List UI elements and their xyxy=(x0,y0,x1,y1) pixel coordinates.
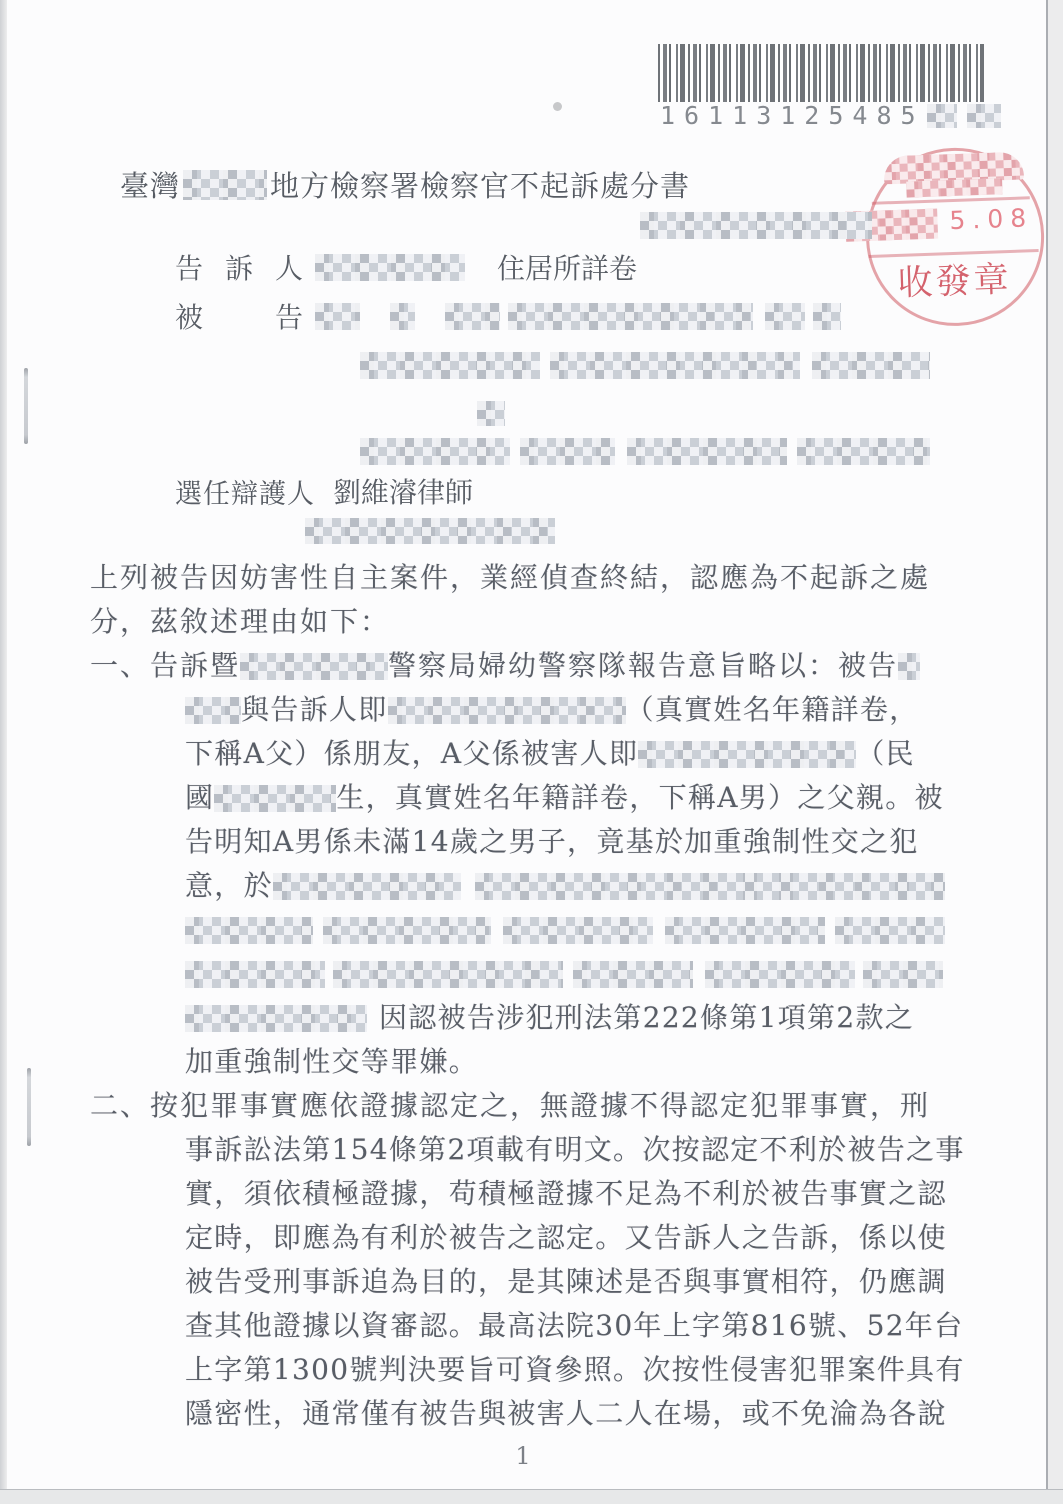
redacted-text xyxy=(333,961,563,988)
counsel-row: 選任辯護人 劉維濬律師 xyxy=(175,474,473,508)
label-char: 被 xyxy=(175,296,203,336)
body-line: 與告訴人即（真實姓名年籍詳卷， xyxy=(90,688,990,732)
document-title: 臺灣 地方檢察署檢察官不起訴處分書 xyxy=(120,164,690,205)
redacted-text xyxy=(185,1005,367,1032)
redacted-text xyxy=(638,741,856,768)
redacted-text xyxy=(185,917,313,944)
body-text: 查其他證據以資審認。最高法院30年上字第816號、52年台 xyxy=(185,1309,963,1342)
body-text: 與告訴人即 xyxy=(241,693,388,726)
body-text: （民 xyxy=(856,737,915,770)
redacted-address xyxy=(360,352,540,379)
body-text: （真實姓名年籍詳卷， xyxy=(626,693,919,726)
body-text: 一、告訴暨 xyxy=(90,649,240,682)
scanned-document-page: 16113125485 5.08 收發章 臺灣 地方檢察署檢察官不起訴處分書 告… xyxy=(0,0,1063,1504)
scan-edge-left xyxy=(0,0,7,1504)
label-char: 人 xyxy=(275,247,303,287)
body-text: 定時，即應為有利於被告之認定。又告訴人之告訴，係以使 xyxy=(185,1221,947,1254)
redacted-barcode-digits xyxy=(927,104,957,128)
redacted-text xyxy=(388,697,626,724)
counsel-name: 劉維濬律師 xyxy=(333,471,473,511)
defendant-info-row xyxy=(477,396,505,430)
body-line: 告明知A男係未滿14歲之男子，竟基於加重強制性交之犯 xyxy=(90,820,990,864)
redacted-complainant-name xyxy=(315,254,465,281)
body-text: 被告受刑事訴追為目的，是其陳述是否與事實相符，仍應調 xyxy=(185,1265,947,1298)
complainant-row: 告訴人 住居所詳卷 xyxy=(175,250,637,284)
redacted-address xyxy=(812,352,930,379)
body-line: 加重強制性交等罪嫌。 xyxy=(90,1040,990,1084)
body-line: 定時，即應為有利於被告之認定。又告訴人之告訴，係以使 xyxy=(90,1216,990,1260)
scan-edge-right xyxy=(1046,0,1063,1504)
redacted-text xyxy=(273,873,461,900)
body-text: 下稱A父）係朋友，A父係被害人即 xyxy=(185,737,638,770)
body-line: 查其他證據以資審認。最高法院30年上字第816號、52年台 xyxy=(90,1304,990,1348)
redacted-text xyxy=(835,917,945,944)
body-line: 二、按犯罪事實應依證據認定之，無證據不得認定犯罪事實，刑 xyxy=(90,1084,990,1128)
redacted-defendant-info xyxy=(813,303,841,330)
redacted-info xyxy=(477,401,505,426)
body-line: 因認被告涉犯刑法第222條第1項第2款之 xyxy=(90,996,990,1040)
redacted-text xyxy=(705,961,855,988)
scan-speck xyxy=(553,102,562,111)
defendant-id-row xyxy=(360,434,930,468)
redacted-text xyxy=(665,917,825,944)
redacted-case-number xyxy=(640,212,872,239)
body-text: 因認被告涉犯刑法第222條第1項第2款之 xyxy=(379,1001,914,1034)
scan-edge-bottom xyxy=(0,1489,1063,1504)
body-line: 隱密性，通常僅有被告與被害人二人在場，或不免淪為各說 xyxy=(90,1392,990,1436)
staple-mark xyxy=(27,1068,31,1146)
body-line: 實，須依積極證據，苟積極證據不足為不利於被告事實之認 xyxy=(90,1172,990,1216)
body-line: 國生，真實姓名年籍詳卷，下稱A男）之父親。被 xyxy=(90,776,990,820)
title-prefix: 臺灣 xyxy=(120,164,180,205)
receipt-stamp: 5.08 收發章 xyxy=(857,139,1049,331)
barcode xyxy=(658,44,984,102)
redacted-defendant-info xyxy=(390,303,415,330)
body-paragraphs: 上列被告因妨害性自主案件，業經偵查終結，認應為不起訴之處分，茲敘述理由如下：一、… xyxy=(90,556,990,1436)
redacted-text xyxy=(240,653,388,680)
redacted-text xyxy=(214,785,336,812)
redacted-text xyxy=(475,873,945,900)
body-line: 上字第1300號判決要旨可資參照。次按性侵害犯罪案件具有 xyxy=(90,1348,990,1392)
page-number: 1 xyxy=(0,1442,1046,1470)
redacted-defendant-info xyxy=(445,303,500,330)
body-text: 分，茲敘述理由如下： xyxy=(90,605,390,638)
redacted-stamp-text xyxy=(906,178,1002,197)
redacted-address xyxy=(550,352,800,379)
body-line xyxy=(90,908,990,952)
redacted-text xyxy=(863,961,943,988)
body-text: 上列被告因妨害性自主案件，業經偵查終結，認應為不起訴之處 xyxy=(90,561,930,594)
redacted-text xyxy=(185,961,325,988)
redacted-text xyxy=(503,917,653,944)
redacted-id xyxy=(360,438,510,465)
defendant-address-row xyxy=(360,348,930,382)
body-line: 分，茲敘述理由如下： xyxy=(90,600,990,644)
barcode-number-row: 16113125485 xyxy=(660,101,1001,130)
stamp-label: 收發章 xyxy=(897,252,1013,306)
body-line: 一、告訴暨警察局婦幼警察隊報告意旨略以：被告 xyxy=(90,644,990,688)
label-char: 告 xyxy=(175,247,203,287)
body-line: 意，於 xyxy=(90,864,990,908)
redacted-text xyxy=(573,961,693,988)
redacted-text xyxy=(323,917,491,944)
body-line: 事訴訟法第154條第2項載有明文。次按認定不利於被告之事 xyxy=(90,1128,990,1172)
stamp-date: 5.08 xyxy=(949,203,1034,235)
redacted-text xyxy=(898,653,920,680)
staple-mark xyxy=(24,368,28,444)
body-text: 上字第1300號判決要旨可資參照。次按性侵害犯罪案件具有 xyxy=(185,1353,965,1386)
body-line: 上列被告因妨害性自主案件，業經偵查終結，認應為不起訴之處 xyxy=(90,556,990,600)
body-text: 警察局婦幼警察隊報告意旨略以：被告 xyxy=(388,649,898,682)
residence-note: 住居所詳卷 xyxy=(497,247,637,287)
body-text: 加重強制性交等罪嫌。 xyxy=(185,1045,478,1078)
redacted-district-name xyxy=(183,170,267,200)
redacted-defendant-info xyxy=(765,303,805,330)
redacted-text xyxy=(185,697,241,724)
body-line: 被告受刑事訴追為目的，是其陳述是否與事實相符，仍應調 xyxy=(90,1260,990,1304)
defendant-row: 被告 xyxy=(175,299,841,333)
redacted-id xyxy=(797,438,930,465)
body-text: 實，須依積極證據，苟積極證據不足為不利於被告事實之認 xyxy=(185,1177,947,1210)
barcode-number: 16113125485 xyxy=(660,101,925,130)
redacted-defendant-info xyxy=(508,303,753,330)
counsel-info-row xyxy=(305,514,555,548)
redacted-counsel-info xyxy=(305,518,555,544)
redacted-barcode-digits xyxy=(967,104,1001,128)
body-text: 隱密性，通常僅有被告與被害人二人在場，或不免淪為各說 xyxy=(185,1397,947,1430)
label-char: 訴 xyxy=(225,247,253,287)
redacted-id xyxy=(627,438,787,465)
complainant-label: 告訴人 xyxy=(175,247,303,287)
body-text: 二、按犯罪事實應依證據認定之，無證據不得認定犯罪事實，刑 xyxy=(90,1089,930,1122)
body-text: 意，於 xyxy=(185,869,273,902)
body-text: 事訴訟法第154條第2項載有明文。次按認定不利於被告之事 xyxy=(185,1133,965,1166)
redacted-id xyxy=(520,438,615,465)
defendant-label: 被告 xyxy=(175,296,303,336)
counsel-label: 選任辯護人 xyxy=(175,472,315,511)
redacted-defendant-info xyxy=(315,303,360,330)
body-text: 生，真實姓名年籍詳卷，下稱A男）之父親。被 xyxy=(336,781,944,814)
body-text: 國 xyxy=(185,781,214,814)
label-char: 告 xyxy=(275,296,303,336)
body-text: 告明知A男係未滿14歲之男子，竟基於加重強制性交之犯 xyxy=(185,825,919,858)
title-suffix: 地方檢察署檢察官不起訴處分書 xyxy=(270,164,690,205)
body-line xyxy=(90,952,990,996)
body-line: 下稱A父）係朋友，A父係被害人即（民 xyxy=(90,732,990,776)
